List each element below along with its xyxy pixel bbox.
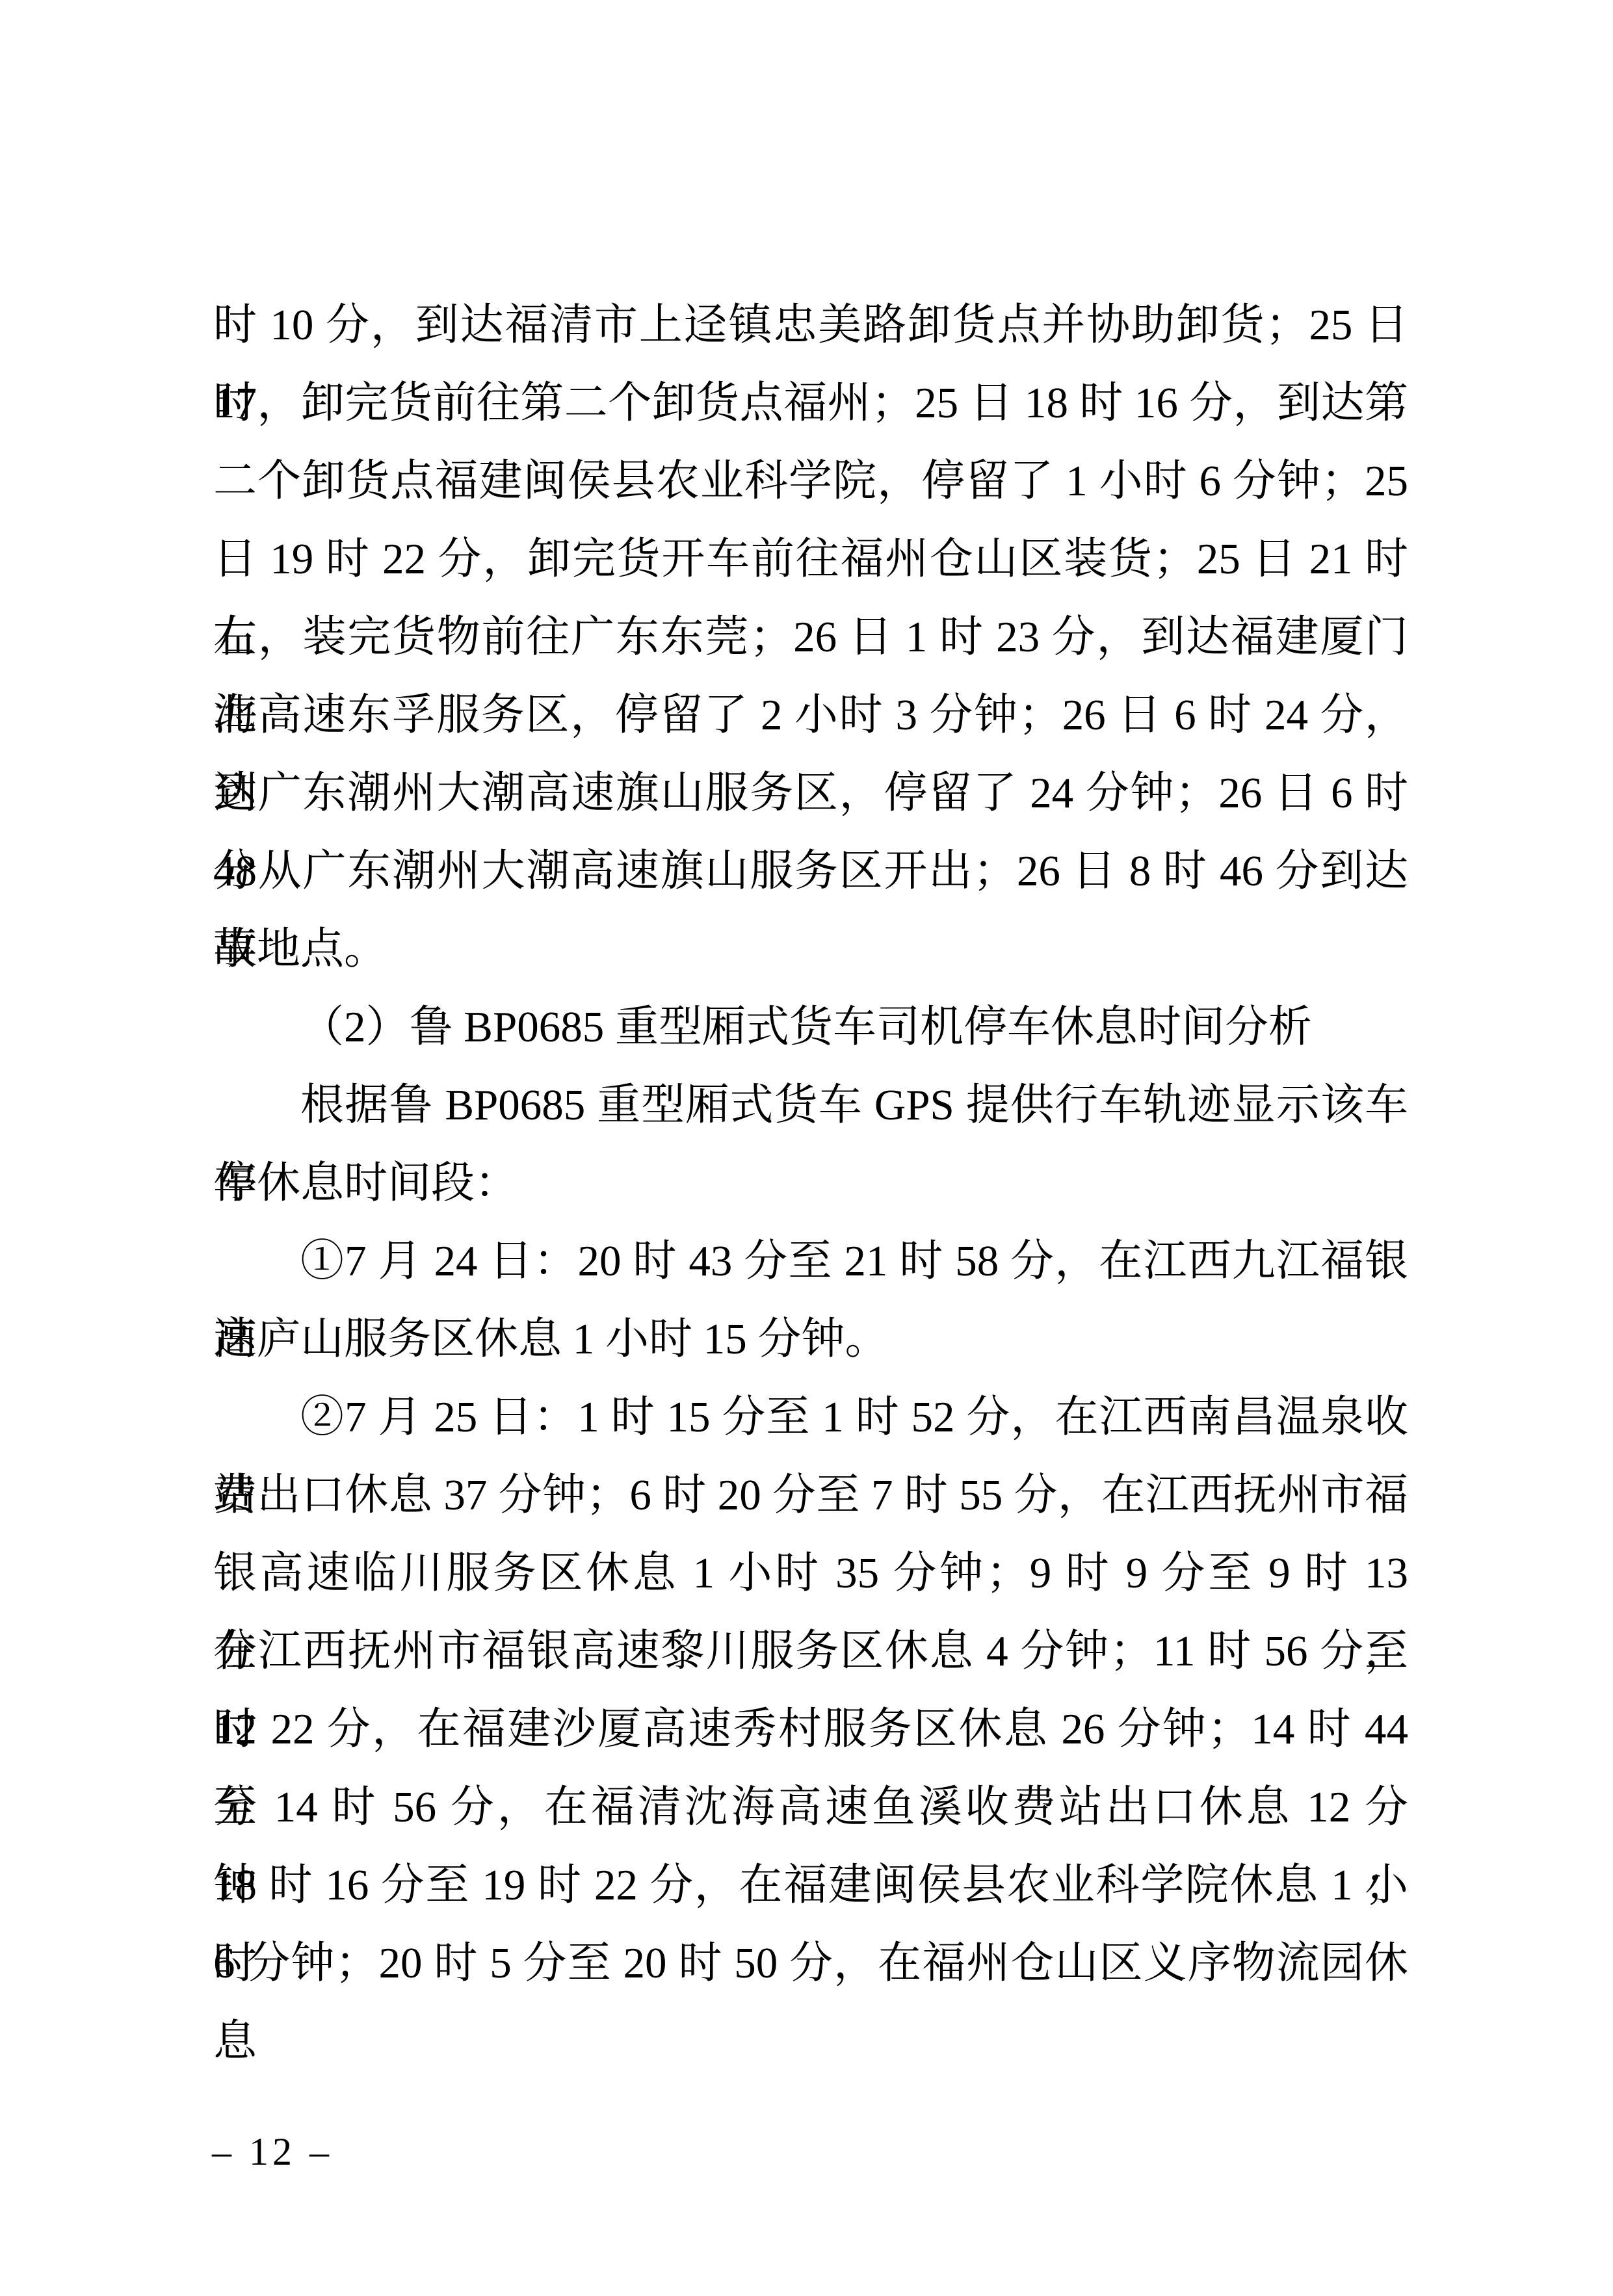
text-line: 根据鲁 BP0685 重型厢式货车 GPS 提供行车轨迹显示该车停: [213, 1066, 1408, 1144]
text-line: 时，卸完货前往第二个卸货点福州；25 日 18 时 16 分，到达第: [213, 364, 1408, 442]
text-line: 速庐山服务区休息 1 小时 15 分钟。: [213, 1300, 1408, 1378]
text-line: ①7 月 24 日：20 时 43 分至 21 时 58 分，在江西九江福银高: [213, 1222, 1408, 1300]
text-line: 在江西抚州市福银高速黎川服务区休息 4 分钟；11 时 56 分至 12: [213, 1612, 1408, 1690]
text-line: 银高速临川服务区休息 1 小时 35 分钟；9 时 9 分至 9 时 13 分，: [213, 1534, 1408, 1612]
text-line: 站出口休息 37 分钟；6 时 20 分至 7 时 55 分，在江西抚州市福: [213, 1456, 1408, 1534]
document-page: 时 10 分，到达福清市上迳镇忠美路卸货点并协助卸货；25 日 17 时，卸完货…: [0, 0, 1613, 2296]
text-line: 海高速东孚服务区，停留了 2 小时 3 分钟；26 日 6 时 24 分，到: [213, 676, 1408, 754]
text-line: ②7 月 25 日：1 时 15 分至 1 时 52 分，在江西南昌温泉收费: [213, 1378, 1408, 1456]
text-line: 右，装完货物前往广东东莞；26 日 1 时 23 分，到达福建厦门北: [213, 598, 1408, 676]
text-line: 车休息时间段：: [213, 1144, 1408, 1222]
page-content: 时 10 分，到达福清市上迳镇忠美路卸货点并协助卸货；25 日 17 时，卸完货…: [213, 286, 1408, 2002]
text-line: 18 时 16 分至 19 时 22 分，在福建闽侯县农业科学院休息 1 小时: [213, 1846, 1408, 1924]
text-line: 达广东潮州大潮高速旗山服务区，停留了 24 分钟；26 日 6 时 48: [213, 754, 1408, 832]
page-number: – 12 –: [212, 2127, 333, 2176]
text-line: 6 分钟；20 时 5 分至 20 时 50 分，在福州仓山区义序物流园休息: [213, 1924, 1408, 2002]
text-line: 至 14 时 56 分，在福清沈海高速鱼溪收费站出口休息 12 分钟；: [213, 1768, 1408, 1846]
section-heading: （2）鲁 BP0685 重型厢式货车司机停车休息时间分析: [213, 988, 1408, 1066]
text-line: 时 22 分，在福建沙厦高速秀村服务区休息 26 分钟；14 时 44 分: [213, 1690, 1408, 1768]
text-line: 故地点。: [213, 910, 1408, 988]
text-line: 分从广东潮州大潮高速旗山服务区开出；26 日 8 时 46 分到达事: [213, 832, 1408, 910]
text-line: 日 19 时 22 分，卸完货开车前往福州仓山区装货；25 日 21 时左: [213, 520, 1408, 598]
text-line: 时 10 分，到达福清市上迳镇忠美路卸货点并协助卸货；25 日 17: [213, 286, 1408, 364]
text-line: 二个卸货点福建闽侯县农业科学院，停留了 1 小时 6 分钟；25: [213, 442, 1408, 520]
